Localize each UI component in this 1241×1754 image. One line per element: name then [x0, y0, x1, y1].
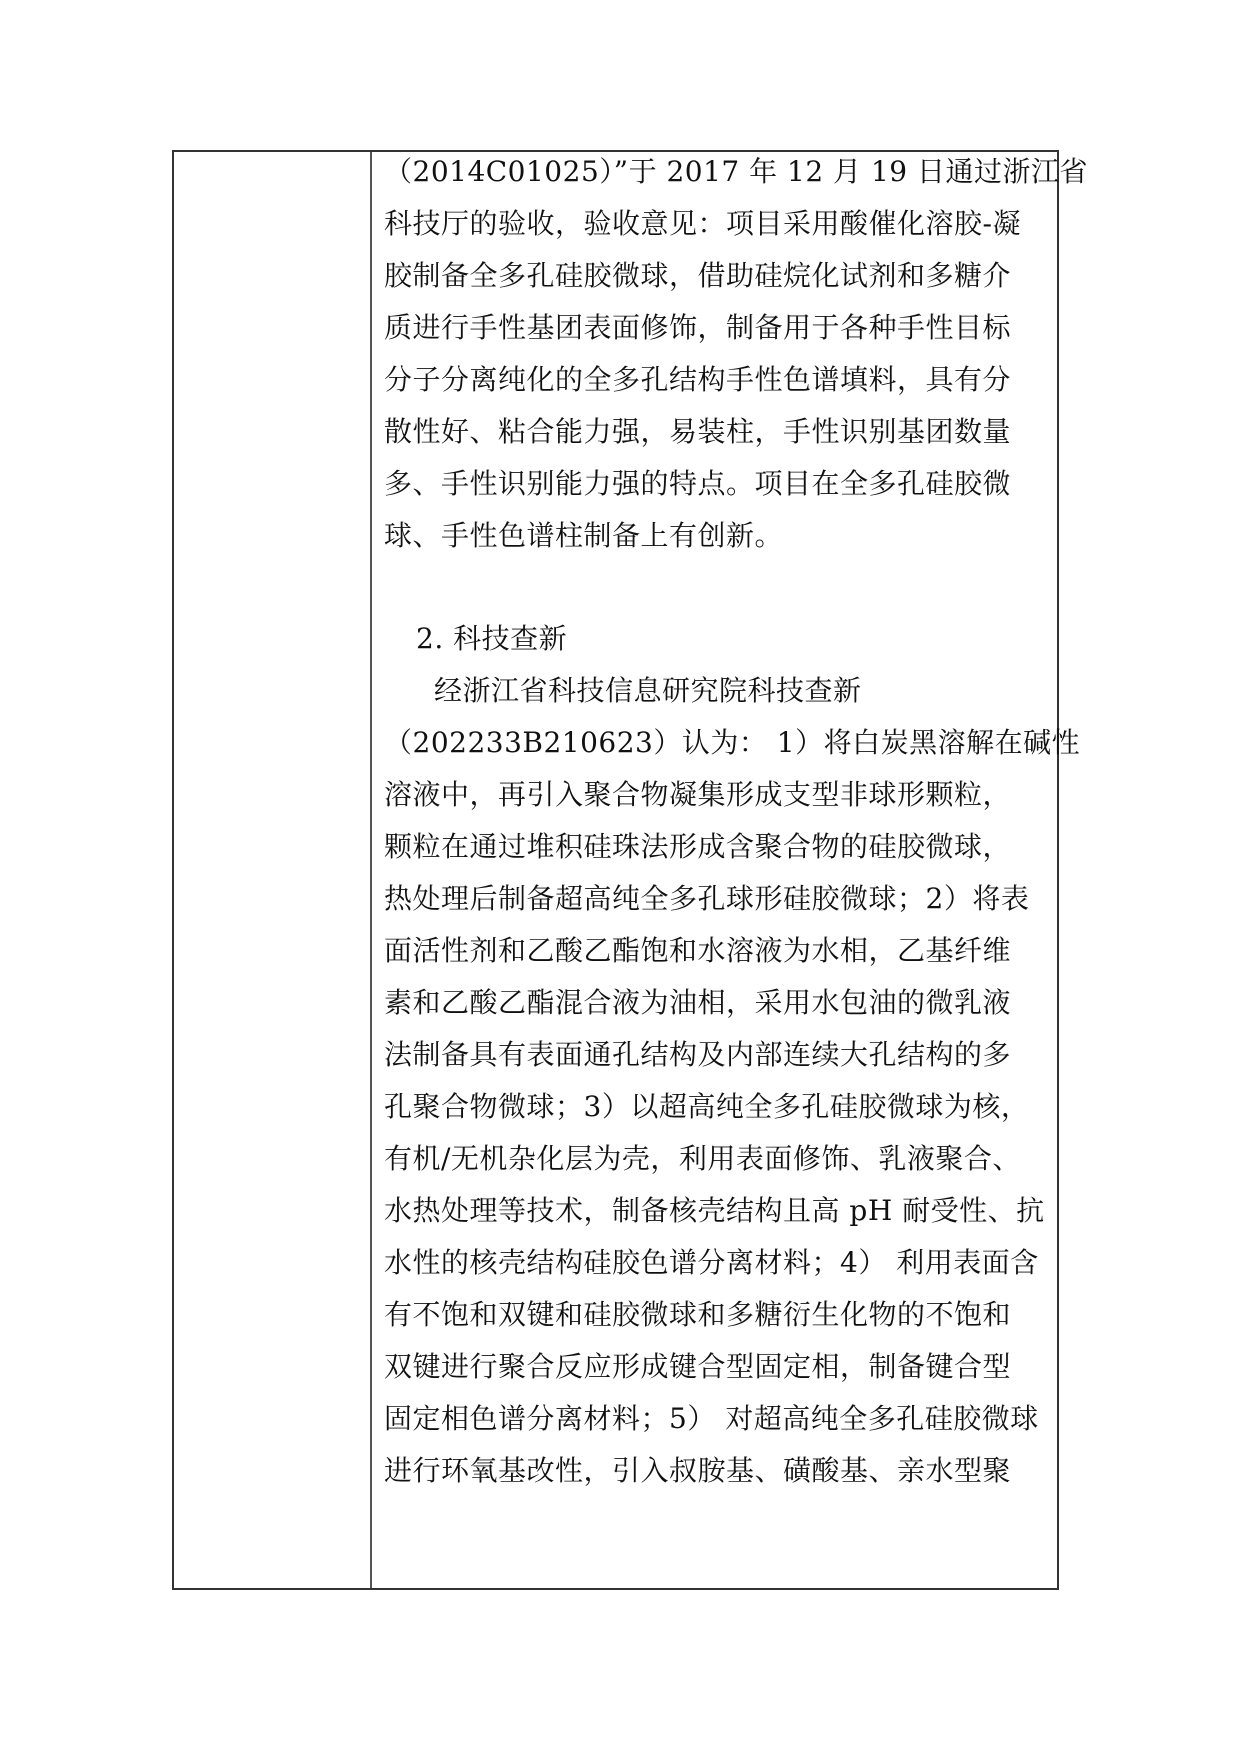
text-line: 球、手性色谱柱制备上有创新。 — [384, 510, 783, 562]
text-line: 质进行手性基团表面修饰，制备用于各种手性目标 — [384, 302, 1011, 354]
text-line: 胶制备全多孔硅胶微球，借助硅烷化试剂和多糖介 — [384, 250, 1011, 302]
text-line: 固定相色谱分离材料；5） 对超高纯全多孔硅胶微球 — [384, 1393, 1039, 1445]
text-line: 颗粒在通过堆积硅珠法形成含聚合物的硅胶微球， — [384, 821, 1011, 873]
text-line: 素和乙酸乙酯混合液为油相，采用水包油的微乳液 — [384, 977, 1011, 1029]
text-line: 水热处理等技术，制备核壳结构且高 pH 耐受性、抗 — [384, 1185, 1045, 1237]
table-left-cell — [174, 152, 372, 1588]
text-line: 有不饱和双键和硅胶微球和多糖衍生化物的不饱和 — [384, 1289, 1011, 1341]
text-line: 孔聚合物微球；3）以超高纯全多孔硅胶微球为核， — [384, 1081, 1029, 1133]
text-line: （2014C01025）”于 2017 年 12 月 19 日通过浙江省 — [384, 146, 1088, 198]
text-line: 有机/无机杂化层为壳，利用表面修饰、乳液聚合、 — [384, 1133, 1021, 1185]
text-line: 进行环氧基改性，引入叔胺基、磺酸基、亲水型聚 — [384, 1445, 1011, 1497]
text-line: 溶液中，再引入聚合物凝集形成支型非球形颗粒， — [384, 769, 1011, 821]
text-line: 法制备具有表面通孔结构及内部连续大孔结构的多 — [384, 1029, 1011, 1081]
text-line: 多、手性识别能力强的特点。项目在全多孔硅胶微 — [384, 458, 1011, 510]
text-line: 科技厅的验收，验收意见：项目采用酸催化溶胶-凝 — [384, 198, 1021, 250]
text-line: 水性的核壳结构硅胶色谱分离材料；4） 利用表面含 — [384, 1237, 1039, 1289]
table-right-cell: （2014C01025）”于 2017 年 12 月 19 日通过浙江省 科技厅… — [372, 152, 1057, 1588]
text-line: 经浙江省科技信息研究院科技查新 — [434, 665, 862, 717]
text-line: 面活性剂和乙酸乙酯饱和水溶液为水相，乙基纤维 — [384, 925, 1011, 977]
content-table: （2014C01025）”于 2017 年 12 月 19 日通过浙江省 科技厅… — [172, 150, 1059, 1590]
text-line: 散性好、粘合能力强，易装柱，手性识别基团数量 — [384, 406, 1011, 458]
text-line: 热处理后制备超高纯全多孔球形硅胶微球；2）将表 — [384, 873, 1029, 925]
section-heading: 2. 科技查新 — [416, 613, 567, 665]
text-line: 分子分离纯化的全多孔结构手性色谱填料，具有分 — [384, 354, 1011, 406]
text-line: 双键进行聚合反应形成键合型固定相，制备键合型 — [384, 1341, 1011, 1393]
text-line: （202233B210623）认为： 1）将白炭黑溶解在碱性 — [384, 717, 1080, 769]
